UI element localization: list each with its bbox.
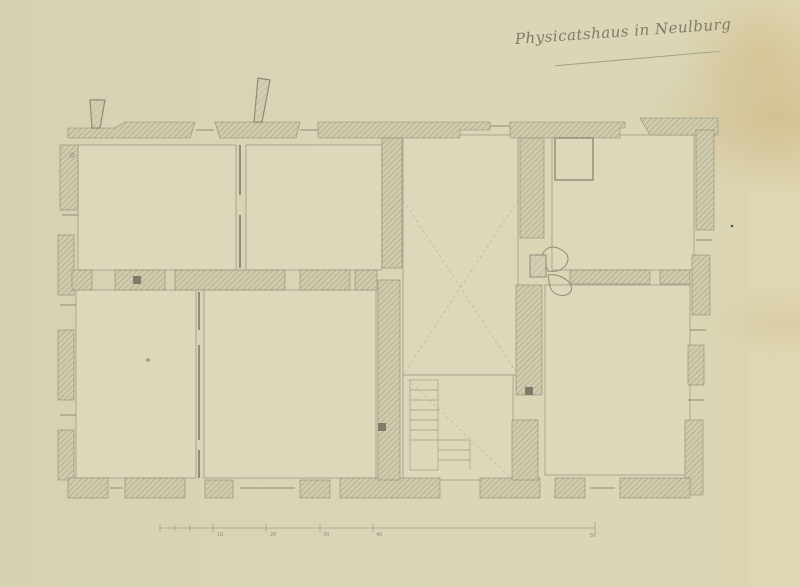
scale-label: 40 bbox=[376, 532, 382, 538]
room-sw bbox=[76, 290, 196, 478]
ink-dot bbox=[146, 358, 150, 362]
hall bbox=[403, 135, 518, 375]
room-nc bbox=[246, 145, 382, 270]
stair bbox=[403, 375, 513, 480]
ink-dot bbox=[731, 225, 734, 228]
room-ne bbox=[552, 135, 694, 270]
drawing-sheet: Physicatshaus in Neulburg bbox=[0, 0, 800, 587]
scale-label: 50 bbox=[590, 533, 596, 539]
buttresses bbox=[90, 78, 270, 128]
floor-plan bbox=[0, 0, 800, 587]
room-se bbox=[545, 285, 690, 475]
room-sc bbox=[204, 290, 376, 478]
scale-label: 20 bbox=[270, 532, 276, 538]
room-nw bbox=[78, 145, 236, 270]
scale-label: 30 bbox=[323, 532, 329, 538]
scale-label: 10 bbox=[217, 532, 223, 538]
